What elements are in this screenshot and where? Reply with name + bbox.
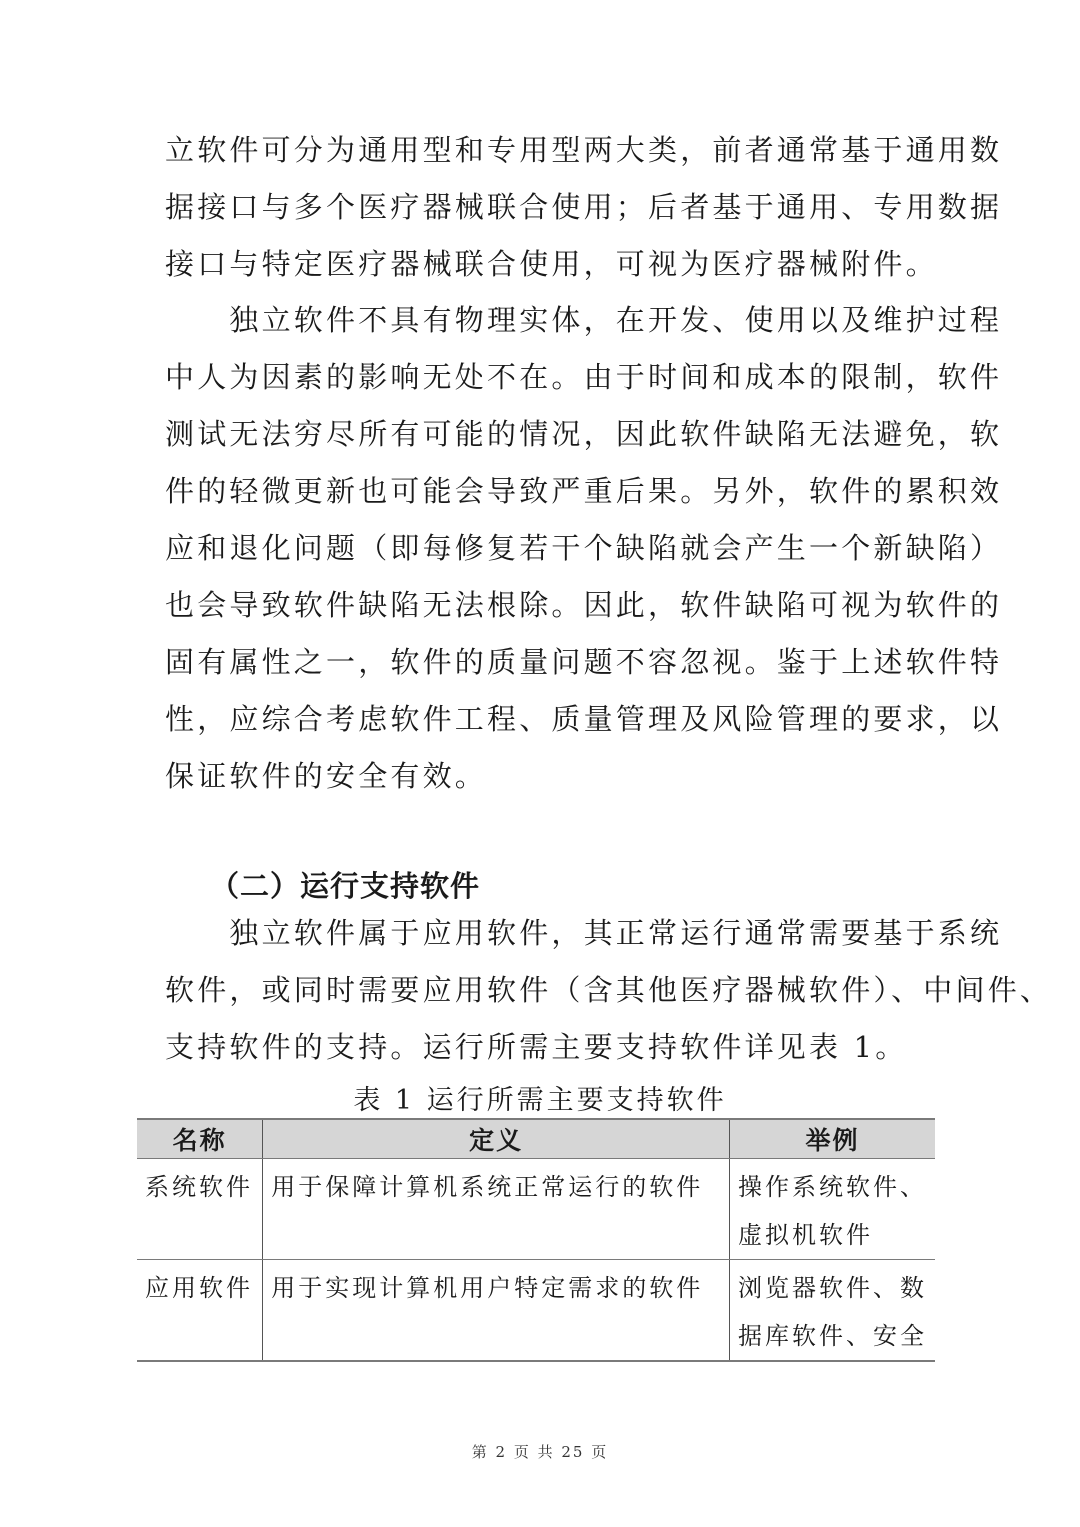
example-line: 浏览器软件、数: [738, 1264, 927, 1312]
document-page: 立软件可分为通用型和专用型两大类，前者通常基于通用数 据接口与多个医疗器械联合使…: [0, 0, 1080, 1527]
text-line: 也会导致软件缺陷无法根除。因此，软件缺陷可视为软件的: [165, 577, 913, 634]
text-line: 中人为因素的影响无处不在。由于时间和成本的限制，软件: [165, 349, 913, 406]
table-row: 系统软件 用于保障计算机系统正常运行的软件 操作系统软件、 虚拟机软件: [137, 1159, 935, 1260]
text-line: 测试无法穷尽所有可能的情况，因此软件缺陷无法避免，软: [165, 406, 913, 463]
text-line: 应和退化问题（即每修复若干个缺陷就会产生一个新缺陷）: [165, 520, 913, 577]
cell-name: 系统软件: [137, 1159, 263, 1260]
cell-examples: 浏览器软件、数 据库软件、安全: [729, 1260, 935, 1362]
text-line: 独立软件不具有物理实体，在开发、使用以及维护过程: [165, 292, 913, 349]
paragraph-runtime-support: 独立软件属于应用软件，其正常运行通常需要基于系统 软件，或同时需要应用软件（含其…: [165, 905, 913, 1076]
cell-definition: 用于保障计算机系统正常运行的软件: [263, 1159, 730, 1260]
text-line: 软件，或同时需要应用软件（含其他医疗器械软件）、中间件、: [165, 962, 913, 1019]
cell-name: 应用软件: [137, 1260, 263, 1362]
paragraph-software-defects: 独立软件不具有物理实体，在开发、使用以及维护过程 中人为因素的影响无处不在。由于…: [165, 292, 913, 805]
example-line: 虚拟机软件: [738, 1211, 927, 1259]
text-line: 据接口与多个医疗器械联合使用；后者基于通用、专用数据: [165, 179, 913, 236]
text-line: 接口与特定医疗器械联合使用，可视为医疗器械附件。: [165, 236, 913, 293]
text-line: 立软件可分为通用型和专用型两大类，前者通常基于通用数: [165, 122, 913, 179]
text-line: 独立软件属于应用软件，其正常运行通常需要基于系统: [165, 905, 913, 962]
text-line: 固有属性之一，软件的质量问题不容忽视。鉴于上述软件特: [165, 634, 913, 691]
section-heading: （二）运行支持软件: [210, 866, 480, 906]
table-header-row: 名称 定义 举例: [137, 1119, 935, 1159]
example-line: 操作系统软件、: [738, 1163, 927, 1211]
text-line: 保证软件的安全有效。: [165, 748, 913, 805]
cell-examples: 操作系统软件、 虚拟机软件: [729, 1159, 935, 1260]
table-row: 应用软件 用于实现计算机用户特定需求的软件 浏览器软件、数 据库软件、安全: [137, 1260, 935, 1362]
text-line: 性，应综合考虑软件工程、质量管理及风险管理的要求，以: [165, 691, 913, 748]
text-line: 件的轻微更新也可能会导致严重后果。另外，软件的累积效: [165, 463, 913, 520]
table-caption: 表 1 运行所需主要支持软件: [0, 1083, 1080, 1119]
text-line: 支持软件的支持。运行所需主要支持软件详见表 1。: [165, 1019, 913, 1076]
header-name: 名称: [137, 1119, 263, 1159]
example-line: 据库软件、安全: [738, 1312, 927, 1360]
cell-definition: 用于实现计算机用户特定需求的软件: [263, 1260, 730, 1362]
support-software-table: 名称 定义 举例 系统软件 用于保障计算机系统正常运行的软件 操作系统软件、 虚…: [137, 1118, 935, 1362]
page-number-footer: 第 2 页 共 25 页: [0, 1441, 1080, 1462]
paragraph-software-types: 立软件可分为通用型和专用型两大类，前者通常基于通用数 据接口与多个医疗器械联合使…: [165, 122, 913, 293]
header-definition: 定义: [263, 1119, 730, 1159]
header-examples: 举例: [729, 1119, 935, 1159]
